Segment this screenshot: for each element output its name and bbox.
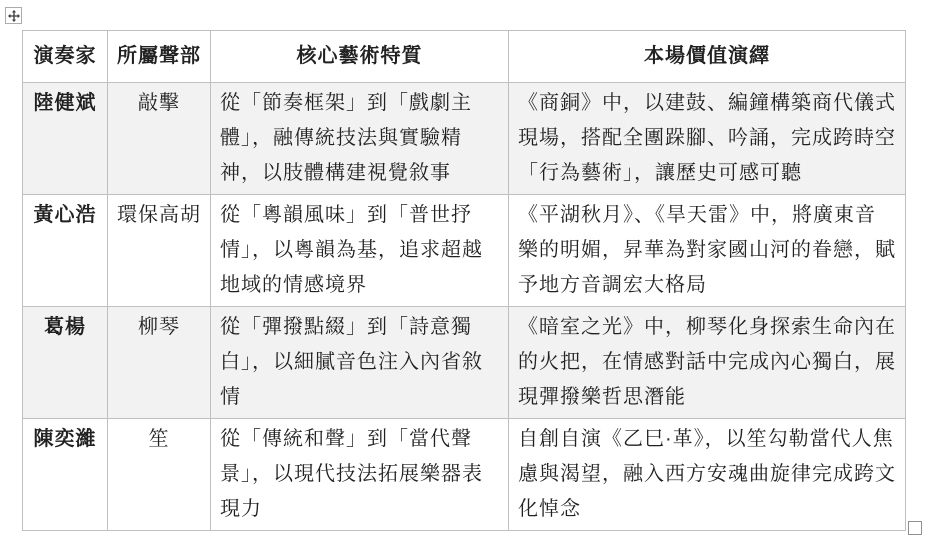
cell-performer[interactable]: 陸健斌 [23, 83, 108, 195]
cell-performer[interactable]: 葛楊 [23, 307, 108, 419]
table-move-handle[interactable] [5, 7, 22, 24]
cell-trait[interactable]: 從「粵韻風味」到「普世抒情」，以粵韻為基，追求超越地域的情感境界 [211, 195, 509, 307]
performers-table: 演奏家 所屬聲部 核心藝術特質 本場價值演繹 陸健斌 敲擊 從「節奏框架」到「戲… [22, 30, 906, 531]
cell-section[interactable]: 笙 [108, 419, 211, 531]
cell-section[interactable]: 敲擊 [108, 83, 211, 195]
table-row: 陸健斌 敲擊 從「節奏框架」到「戲劇主體」，融傳統技法與實驗精神，以肢體構建視覺… [23, 83, 906, 195]
cell-interpretation[interactable]: 《商銅》中，以建鼓、編鐘構築商代儀式現場，搭配全團跺腳、吟誦，完成跨時空「行為藝… [509, 83, 906, 195]
header-interpretation[interactable]: 本場價值演繹 [509, 31, 906, 83]
table-resize-handle[interactable] [908, 521, 922, 535]
table-row: 葛楊 柳琴 從「彈撥點綴」到「詩意獨白」，以細膩音色注入內省敘情 《暗室之光》中… [23, 307, 906, 419]
cell-section[interactable]: 柳琴 [108, 307, 211, 419]
cell-trait[interactable]: 從「節奏框架」到「戲劇主體」，融傳統技法與實驗精神，以肢體構建視覺敘事 [211, 83, 509, 195]
cell-trait[interactable]: 從「彈撥點綴」到「詩意獨白」，以細膩音色注入內省敘情 [211, 307, 509, 419]
document-page: 演奏家 所屬聲部 核心藝術特質 本場價值演繹 陸健斌 敲擊 從「節奏框架」到「戲… [0, 0, 935, 547]
cell-interpretation[interactable]: 《平湖秋月》、《旱天雷》中，將廣東音樂的明媚，昇華為對家國山河的眷戀，賦予地方音… [509, 195, 906, 307]
cell-interpretation[interactable]: 自創自演《乙巳·革》，以笙勾勒當代人焦慮與渴望，融入西方安魂曲旋律完成跨文化悼念 [509, 419, 906, 531]
header-row: 演奏家 所屬聲部 核心藝術特質 本場價值演繹 [23, 31, 906, 83]
table-row: 黃心浩 環保高胡 從「粵韻風味」到「普世抒情」，以粵韻為基，追求超越地域的情感境… [23, 195, 906, 307]
cell-performer[interactable]: 陳奕濰 [23, 419, 108, 531]
table-row: 陳奕濰 笙 從「傳統和聲」到「當代聲景」，以現代技法拓展樂器表現力 自創自演《乙… [23, 419, 906, 531]
cell-interpretation[interactable]: 《暗室之光》中，柳琴化身探索生命內在的火把，在情感對話中完成內心獨白，展現彈撥樂… [509, 307, 906, 419]
cell-section[interactable]: 環保高胡 [108, 195, 211, 307]
move-arrows-icon [8, 10, 20, 22]
cell-trait[interactable]: 從「傳統和聲」到「當代聲景」，以現代技法拓展樂器表現力 [211, 419, 509, 531]
header-section[interactable]: 所屬聲部 [108, 31, 211, 83]
header-performer[interactable]: 演奏家 [23, 31, 108, 83]
header-trait[interactable]: 核心藝術特質 [211, 31, 509, 83]
cell-performer[interactable]: 黃心浩 [23, 195, 108, 307]
